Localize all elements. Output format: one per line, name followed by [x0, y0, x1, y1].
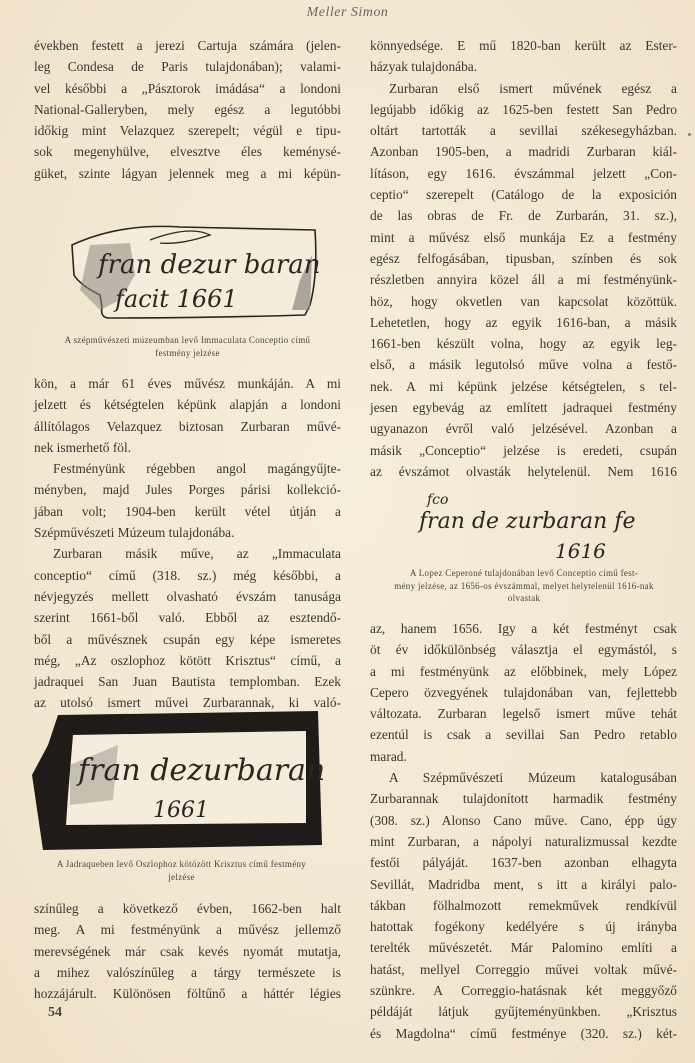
text-line: színűleg a következő évben, 1662-ben hal…	[34, 898, 341, 919]
text-line: Szépművészeti Múzeum tulajdonába.	[34, 522, 341, 543]
text-line: házyak tulajdonába.	[370, 56, 677, 77]
text-line: változata. Zurbaran legelső ismert műve …	[370, 703, 677, 724]
caption-line: mény jelzése, az 1656-os évszámmal, mely…	[368, 580, 680, 593]
text-line: sok megenyhülve, elvesztve éles keménysé…	[34, 141, 341, 162]
text-line: hatottak fogékony kedélyére s új irányba	[370, 916, 677, 937]
text-line: mint a művész első munkája Ez a festmény	[370, 227, 677, 248]
figure-1-caption: A szépművészeti múzeumban levő Immaculat…	[34, 334, 341, 359]
text-line: időkig mint Velazquez szerepelt; végül e…	[34, 120, 341, 141]
text-line: névjegyzés mellett olvasható évszám tanu…	[34, 586, 341, 607]
text-line: legújabb időkig az 1625-ben festett San …	[370, 99, 677, 120]
text-line: szünkre. A Correggio-hatásnak két meggyő…	[370, 980, 677, 1001]
text-line: hatást, mellyel Correggio művei voltak m…	[370, 959, 677, 980]
svg-text:fco: fco	[426, 492, 448, 508]
text-line: években festett a jerezi Cartuja számára…	[34, 35, 341, 56]
text-line: Azonban 1905-ben, a madridi Zurbaran kiá…	[370, 141, 677, 162]
text-line: tákban fölhalmozott remekművek rendkívül	[370, 895, 677, 916]
text-line: hozzájárult. Különösen föltűnő a háttér …	[34, 983, 341, 1004]
signature-figure-1: fran dezur baran facit 1661	[60, 215, 325, 330]
text-line: leg Condesa de Paris tulajdonában); vala…	[34, 56, 341, 77]
text-line: az évszámot olvasták helytelenül. Nem 16…	[370, 461, 677, 482]
svg-text:fran dezurbaran: fran dezurbaran	[76, 753, 325, 788]
text-line: mint Zurbaran, a nápolyi naturalizmussal…	[370, 831, 677, 852]
signature-illustration: fran dezurbaran 1661	[28, 705, 326, 853]
caption-line: A Lopez Ceperoné tulajdonában levő Conce…	[368, 567, 680, 580]
text-line: lításon, egy 1616. évszámmal jelzett „Co…	[370, 163, 677, 184]
caption-line: jelzése	[28, 871, 335, 884]
text-line: szerint 1661-ből való. Ebből az esztendő…	[34, 607, 341, 628]
text-line: ceptio“ szerepelt (Catálogo de la exposi…	[370, 184, 677, 205]
text-line: oltárt tartották a sevillai székesegyház…	[370, 120, 677, 141]
signature-illustration: fco fran de zurbaran fe 1616	[415, 490, 655, 565]
text-line: ugyanazon évről való jelzésével. Azonban…	[370, 418, 677, 439]
text-line: egész felfogásában, tipusban, színben és…	[370, 248, 677, 269]
text-line: jában volt; 1904-ben került vétel útján …	[34, 501, 341, 522]
book-page: Meller Simon években festett a jerezi Ca…	[0, 0, 695, 1063]
running-head: Meller Simon	[0, 5, 695, 21]
svg-text:facit 1661: facit 1661	[113, 285, 238, 313]
figure-2-caption: A Jadraqueben levő Oszlophoz kötözött Kr…	[28, 858, 335, 883]
text-line: jelzett és kétségtelen képünk alapján a …	[34, 394, 341, 415]
text-line: 1661-ben készült volna, hogy az egyik le…	[370, 333, 677, 354]
text-line: első, a másik legutolsó műve volna a fes…	[370, 354, 677, 375]
caption-line: festmény jelzése	[34, 347, 341, 360]
text-line: merevségének már csak kevés nyomát mutat…	[34, 941, 341, 962]
text-line: de las obras de Fr. de Zurbarán, 31. sz.…	[370, 205, 677, 226]
text-line: részletben annyira közel áll a mi festmé…	[370, 269, 677, 290]
text-line: ből a művésznek csupán egy képe ismerete…	[34, 629, 341, 650]
paper-speck	[34, 45, 37, 48]
text-line: marad.	[370, 746, 677, 767]
text-line: Cepero özvegyének tulajdonában van, fejl…	[370, 682, 677, 703]
text-line: meg. A mi festményünk a művész jellemző	[34, 919, 341, 940]
text-line: öt év időkülönbség választja el egymástó…	[370, 639, 677, 660]
caption-line: olvastak	[368, 592, 680, 605]
text-line: és Magdolna“ című festménye (320. sz.) k…	[370, 1023, 677, 1044]
text-line: a mihez valószínűleg a tárgy természete …	[34, 962, 341, 983]
text-line: terelték művészetét. Már Palomino említi…	[370, 937, 677, 958]
text-line: még, „Az oszlophoz kötött Krisztus“ című…	[34, 650, 341, 671]
text-line: jesen egybevág az említett jadraquei fes…	[370, 397, 677, 418]
text-line: kön, a már 61 éves művész munkáján. A mi	[34, 373, 341, 394]
caption-line: A szépművészeti múzeumban levő Immaculat…	[34, 334, 341, 347]
svg-text:fran dezur baran: fran dezur baran	[96, 250, 321, 280]
text-line: jadraquei San Juan Bautista templomban. …	[34, 671, 341, 692]
text-line: az, hanem 1656. Igy a két festményt csak	[370, 618, 677, 639]
text-line: Zurbaran másik műve, az „Immaculata	[34, 543, 341, 564]
text-line: másik „Conceptio“ jelzése is eredeti, cs…	[370, 440, 677, 461]
text-line: vel későbbi a „Pásztorok imádása“ a lond…	[34, 78, 341, 99]
text-line: güket, szinte lágyan jelennek meg a mi k…	[34, 163, 341, 184]
text-line: Lehetetlen, hogy az egyik 1616-ban, a má…	[370, 312, 677, 333]
text-line: nek. A mi képünk jelzése kétségtelen, s …	[370, 376, 677, 397]
left-column-block-1: években festett a jerezi Cartuja számára…	[34, 35, 341, 184]
text-line: Zurbarannak tulajdonított harmadik festm…	[370, 788, 677, 809]
text-line: höz, hogy okvetlen van kapcsolat közöttü…	[370, 291, 677, 312]
text-line: állítólagos Velazquez biztosan Zurbaran …	[34, 416, 341, 437]
text-line: National-Galleryben, mely egész a legutó…	[34, 99, 341, 120]
text-line: példáját látjuk gyűjteményünkben. „Krisz…	[370, 1001, 677, 1022]
paper-speck	[688, 133, 691, 136]
text-line: Zurbaran első ismert művének egész a	[370, 78, 677, 99]
right-column-block-3: az, hanem 1656. Igy a két festményt csak…	[370, 618, 677, 1044]
left-column-block-5: színűleg a következő évben, 1662-ben hal…	[34, 898, 341, 1004]
text-line: ményben, majd Jules Porges párisi kollek…	[34, 479, 341, 500]
text-line: conceptio“ című (318. sz.) még későbbi, …	[34, 565, 341, 586]
svg-text:1616: 1616	[555, 539, 606, 563]
text-line: a mi festményünk az előbbinek, mely Lópe…	[370, 661, 677, 682]
signature-figure-3: fco fran de zurbaran fe 1616	[415, 490, 655, 565]
svg-text:1661: 1661	[153, 798, 209, 823]
text-line: A Szépművészeti Múzeum katalogusában	[370, 767, 677, 788]
right-column-block-1: könnyedsége. E mű 1820-ban került az Est…	[370, 35, 677, 482]
text-line: Festményünk régebben angol magángyűjte-	[34, 458, 341, 479]
figure-3-caption: A Lopez Ceperoné tulajdonában levő Conce…	[368, 567, 680, 605]
text-line: nek ismerhető föl.	[34, 437, 341, 458]
left-column-block-2: kön, a már 61 éves művész munkáján. A mi…	[34, 373, 341, 714]
text-line: könnyedsége. E mű 1820-ban került az Est…	[370, 35, 677, 56]
svg-text:fran de zurbaran fe: fran de zurbaran fe	[417, 509, 635, 534]
caption-line: A Jadraqueben levő Oszlophoz kötözött Kr…	[28, 858, 335, 871]
text-line: ezentúl is csak a sevillai San Pedro ret…	[370, 724, 677, 745]
signature-figure-2: fran dezurbaran 1661	[28, 705, 326, 853]
text-line: festői pályáját. 1637-ben azonban elhagy…	[370, 852, 677, 873]
page-number: 54	[48, 1005, 62, 1021]
signature-illustration: fran dezur baran facit 1661	[60, 215, 325, 330]
text-line: (308. sz.) Alonso Cano műve. Cano, épp ú…	[370, 810, 677, 831]
text-line: Sevillát, Madridba ment, s itt a királyi…	[370, 874, 677, 895]
